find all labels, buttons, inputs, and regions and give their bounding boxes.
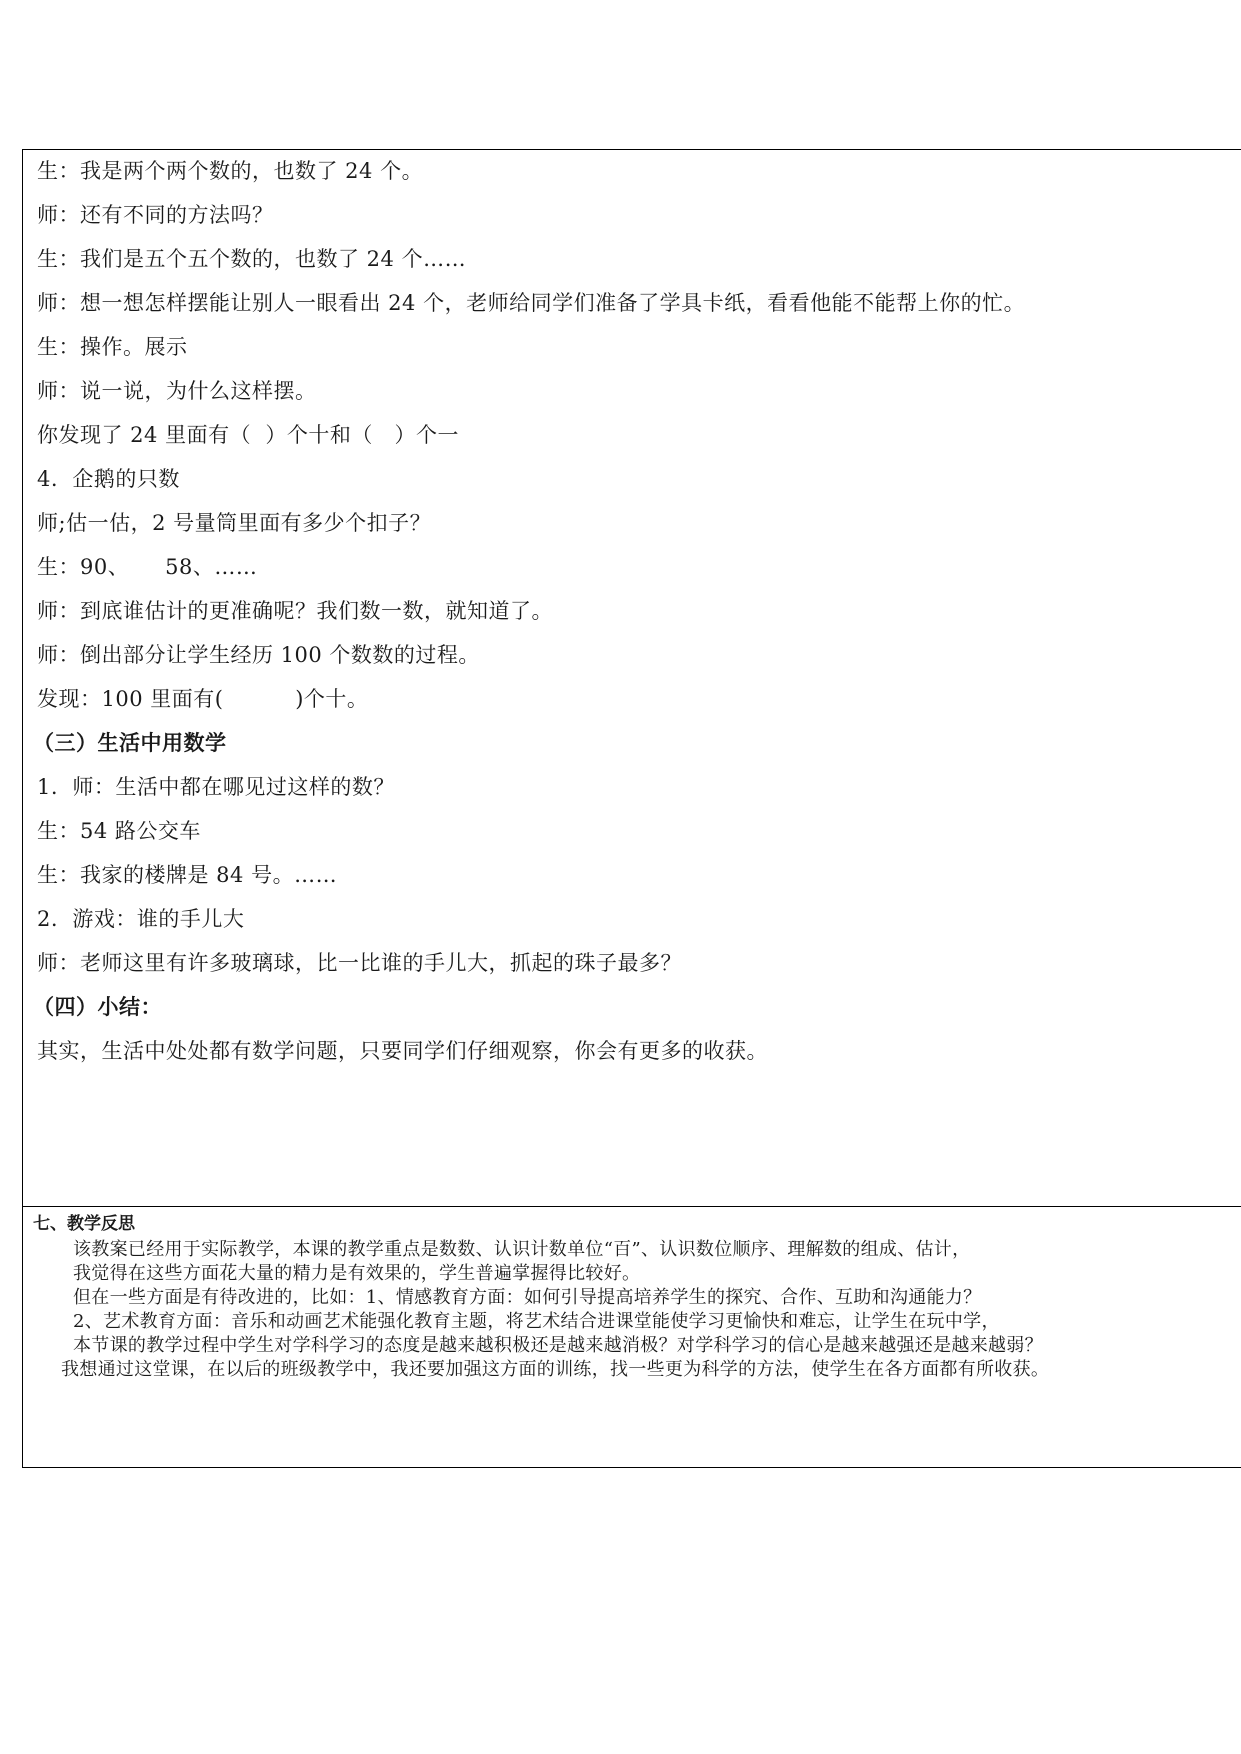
dialogue-line: 师：老师这里有许多玻璃球，比一比谁的手儿大，抓起的珠子最多？ — [37, 950, 682, 976]
section-heading: （三）生活中用数学 — [33, 730, 227, 756]
dialogue-line: 生：我是两个两个数的，也数了 24 个。 — [37, 158, 423, 184]
dialogue-line: 师：还有不同的方法吗？ — [37, 202, 274, 228]
reflection-line: 2、艺术教育方面：音乐和动画艺术能强化教育主题，将艺术结合进课堂能使学习更愉快和… — [73, 1311, 1000, 1333]
exercise-line: 发现：100 里面有( )个十。 — [37, 686, 368, 712]
dialogue-line: 生：我家的楼牌是 84 号。…… — [37, 862, 337, 888]
activity-heading: 4. 企鹅的只数 — [37, 466, 180, 492]
reflection-line: 该教案已经用于实际教学，本课的教学重点是数数、认识计数单位“百”、认识数位顺序、… — [73, 1239, 970, 1261]
dialogue-line: 师：想一想怎样摆能让别人一眼看出 24 个，老师给同学们准备了学具卡纸，看看他能… — [37, 290, 1025, 316]
dialogue-line: 师：到底谁估计的更准确呢？我们数一数，就知道了。 — [37, 598, 553, 624]
teaching-process-cell: 生：我是两个两个数的，也数了 24 个。 师：还有不同的方法吗？ 生：我们是五个… — [23, 150, 1241, 1207]
summary-line: 其实，生活中处处都有数学问题，只要同学们仔细观察，你会有更多的收获。 — [37, 1038, 768, 1064]
dialogue-line: 1. 师：生活中都在哪见过这样的数？ — [37, 774, 395, 800]
lesson-plan-table: 生：我是两个两个数的，也数了 24 个。 师：还有不同的方法吗？ 生：我们是五个… — [22, 149, 1241, 1468]
reflection-line: 我想通过这堂课，在以后的班级教学中，我还要加强这方面的训练，找一些更为科学的方法… — [61, 1359, 1049, 1381]
dialogue-line: 生：54 路公交车 — [37, 818, 201, 844]
dialogue-line: 师：说一说，为什么这样摆。 — [37, 378, 317, 404]
reflection-line: 本节课的教学过程中学生对学科学习的态度是越来越积极还是越来越消极？对学科学习的信… — [73, 1335, 1043, 1357]
reflection-line: 但在一些方面是有待改进的，比如：1、情感教育方面：如何引导提高培养学生的探究、合… — [73, 1287, 981, 1309]
dialogue-line: 生：我们是五个五个数的，也数了 24 个…… — [37, 246, 466, 272]
dialogue-line: 生：90、 58、…… — [37, 554, 257, 580]
activity-heading: 2. 游戏：谁的手儿大 — [37, 906, 244, 932]
dialogue-line: 生：操作。展示 — [37, 334, 188, 360]
exercise-line: 你发现了 24 里面有（ ）个十和（ ）个一 — [37, 422, 459, 448]
reflection-line: 我觉得在这些方面花大量的精力是有效果的，学生普遍掌握得比较好。 — [73, 1263, 640, 1285]
dialogue-line: 师：倒出部分让学生经历 100 个数数的过程。 — [37, 642, 480, 668]
section-heading: （四）小结： — [33, 994, 162, 1020]
teaching-reflection-cell: 七、教学反思 该教案已经用于实际教学，本课的教学重点是数数、认识计数单位“百”、… — [23, 1207, 1241, 1467]
reflection-title: 七、教学反思 — [33, 1213, 135, 1235]
dialogue-line: 师;估一估，2 号量筒里面有多少个扣子？ — [37, 510, 431, 536]
